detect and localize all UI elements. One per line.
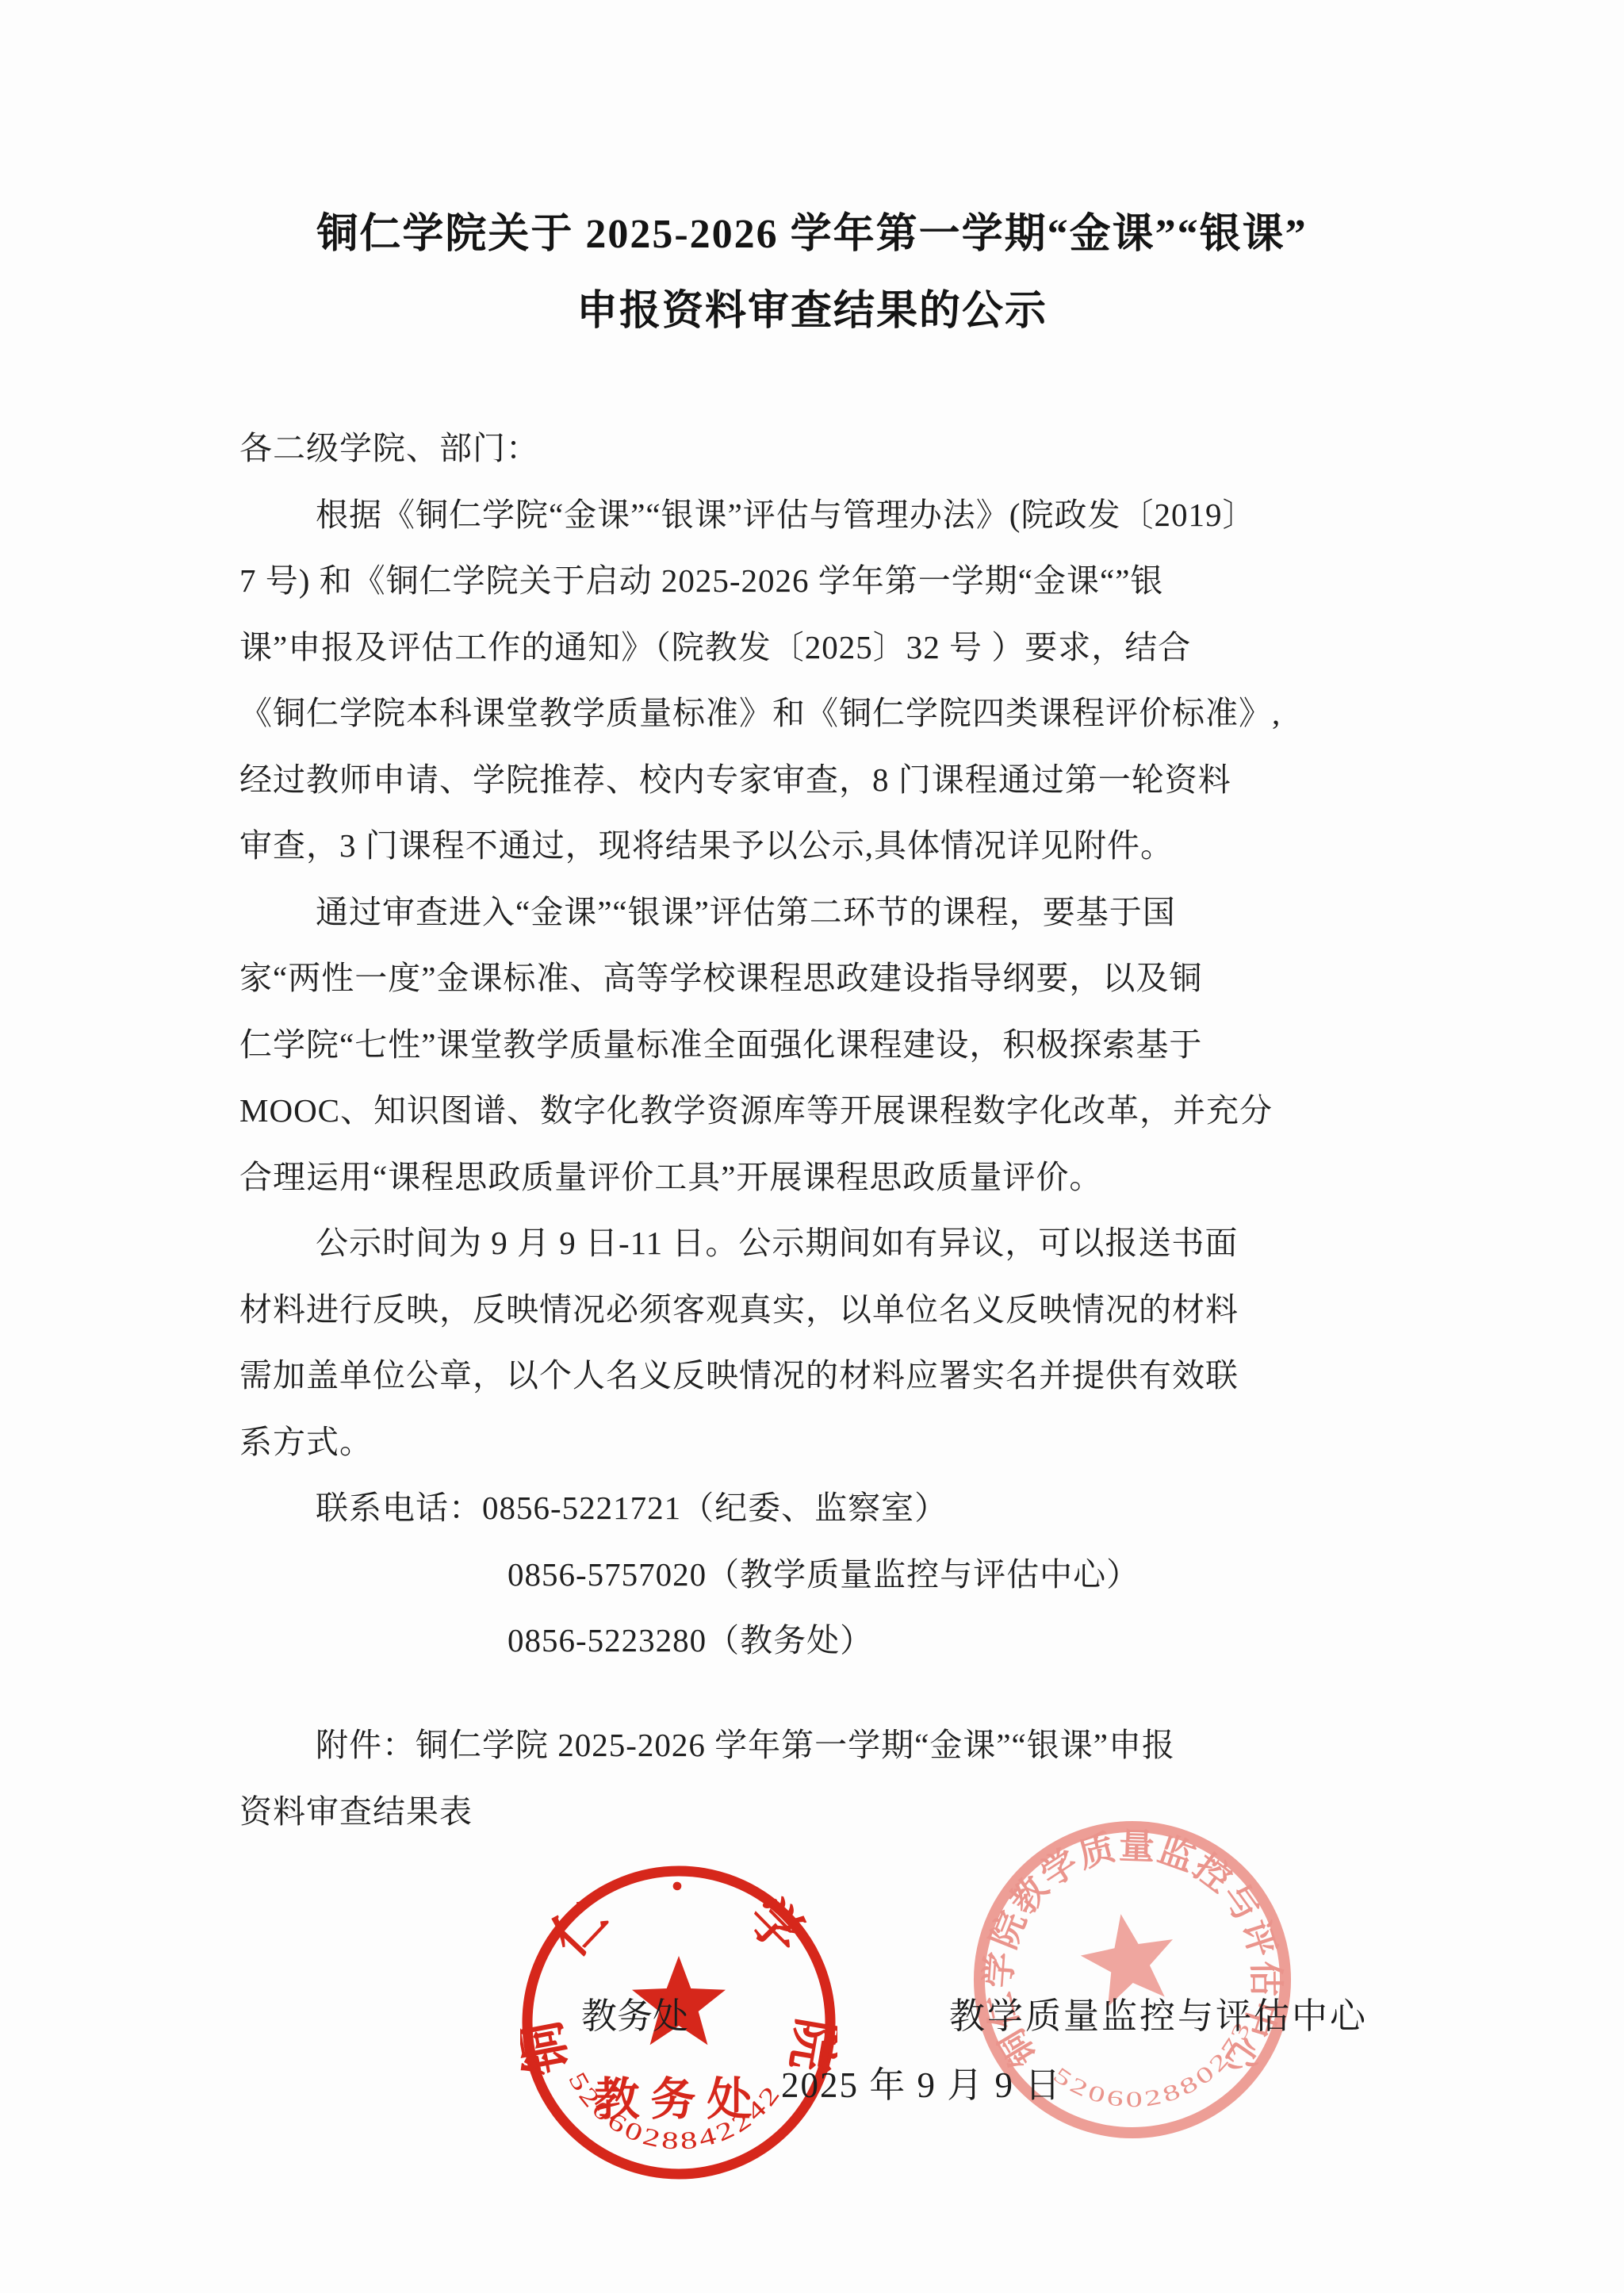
body-line: 根据《铜仁学院“金课”“银课”评估与管理办法》(院政发〔2019〕: [239, 482, 1413, 549]
body-line: 系方式。: [239, 1409, 1413, 1476]
body-line: 合理运用“课程思政质量评价工具”开展课程思政质量评价。: [239, 1145, 1413, 1211]
attachment-line: 附件：铜仁学院 2025-2026 学年第一学期“金课”“银课”申报: [239, 1712, 1413, 1779]
title-line-2: 申报资料审查结果的公示: [0, 273, 1624, 350]
title-line-1: 铜仁学院关于 2025-2026 学年第一学期“金课”“银课”: [0, 196, 1624, 273]
body-line: 家“两性一度”金课标准、高等学校课程思政建设指导纲要，以及铜: [239, 945, 1413, 1012]
signing-date: 2025 年 9 月 9 日: [781, 2056, 1062, 2107]
body-line: 7 号) 和《铜仁学院关于启动 2025-2026 学年第一学期“金课“”银: [239, 548, 1413, 615]
document-title: 铜仁学院关于 2025-2026 学年第一学期“金课”“银课” 申报资料审查结果…: [0, 196, 1624, 350]
signing-department-left: 教务处: [581, 1987, 688, 2038]
salutation: 各二级学院、部门：: [239, 416, 1413, 482]
body-line: 需加盖单位公章，以个人名义反映情况的材料应署实名并提供有效联: [239, 1343, 1413, 1409]
body-line: 经过教师申请、学院推荐、校内专家审查，8 门课程通过第一轮资料: [239, 747, 1413, 814]
body-line: 仁学院“七性”课堂教学质量标准全面强化课程建设，积极探索基于: [239, 1012, 1413, 1079]
contact-phone-line: 0856-5757020（教学质量监控与评估中心）: [239, 1542, 1413, 1609]
signing-department-right: 教学质量监控与评估中心: [949, 1987, 1368, 2038]
body-line: 审查，3 门课程不通过，现将结果予以公示,具体情况详见附件。: [239, 813, 1413, 880]
body-line: 公示时间为 9 月 9 日-11 日。公示期间如有异议，可以报送书面: [239, 1210, 1413, 1277]
body-line: MOOC、知识图谱、数字化教学资源库等开展课程数字化改革，并充分: [239, 1078, 1413, 1145]
body-line: 课”申报及评估工作的通知》（院教发〔2025〕32 号 ）要求，结合: [239, 615, 1413, 681]
document-page: 铜仁学院关于 2025-2026 学年第一学期“金课”“银课” 申报资料审查结果…: [0, 0, 1624, 2293]
document-body: 各二级学院、部门： 根据《铜仁学院“金课”“银课”评估与管理办法》(院政发〔20…: [239, 416, 1413, 1674]
body-line: 《铜仁学院本科课堂教学质量标准》和《铜仁学院四类课程评价标准》,: [239, 681, 1413, 747]
body-line: 通过审查进入“金课”“银课”评估第二环节的课程，要基于国: [239, 880, 1413, 946]
body-line: 材料进行反映，反映情况必须客观真实，以单位名义反映情况的材料: [239, 1277, 1413, 1344]
contact-phone-line: 0856-5223280（教务处）: [239, 1608, 1413, 1674]
contact-phone-line: 联系电话：0856-5221721（纪委、监察室）: [239, 1475, 1413, 1542]
